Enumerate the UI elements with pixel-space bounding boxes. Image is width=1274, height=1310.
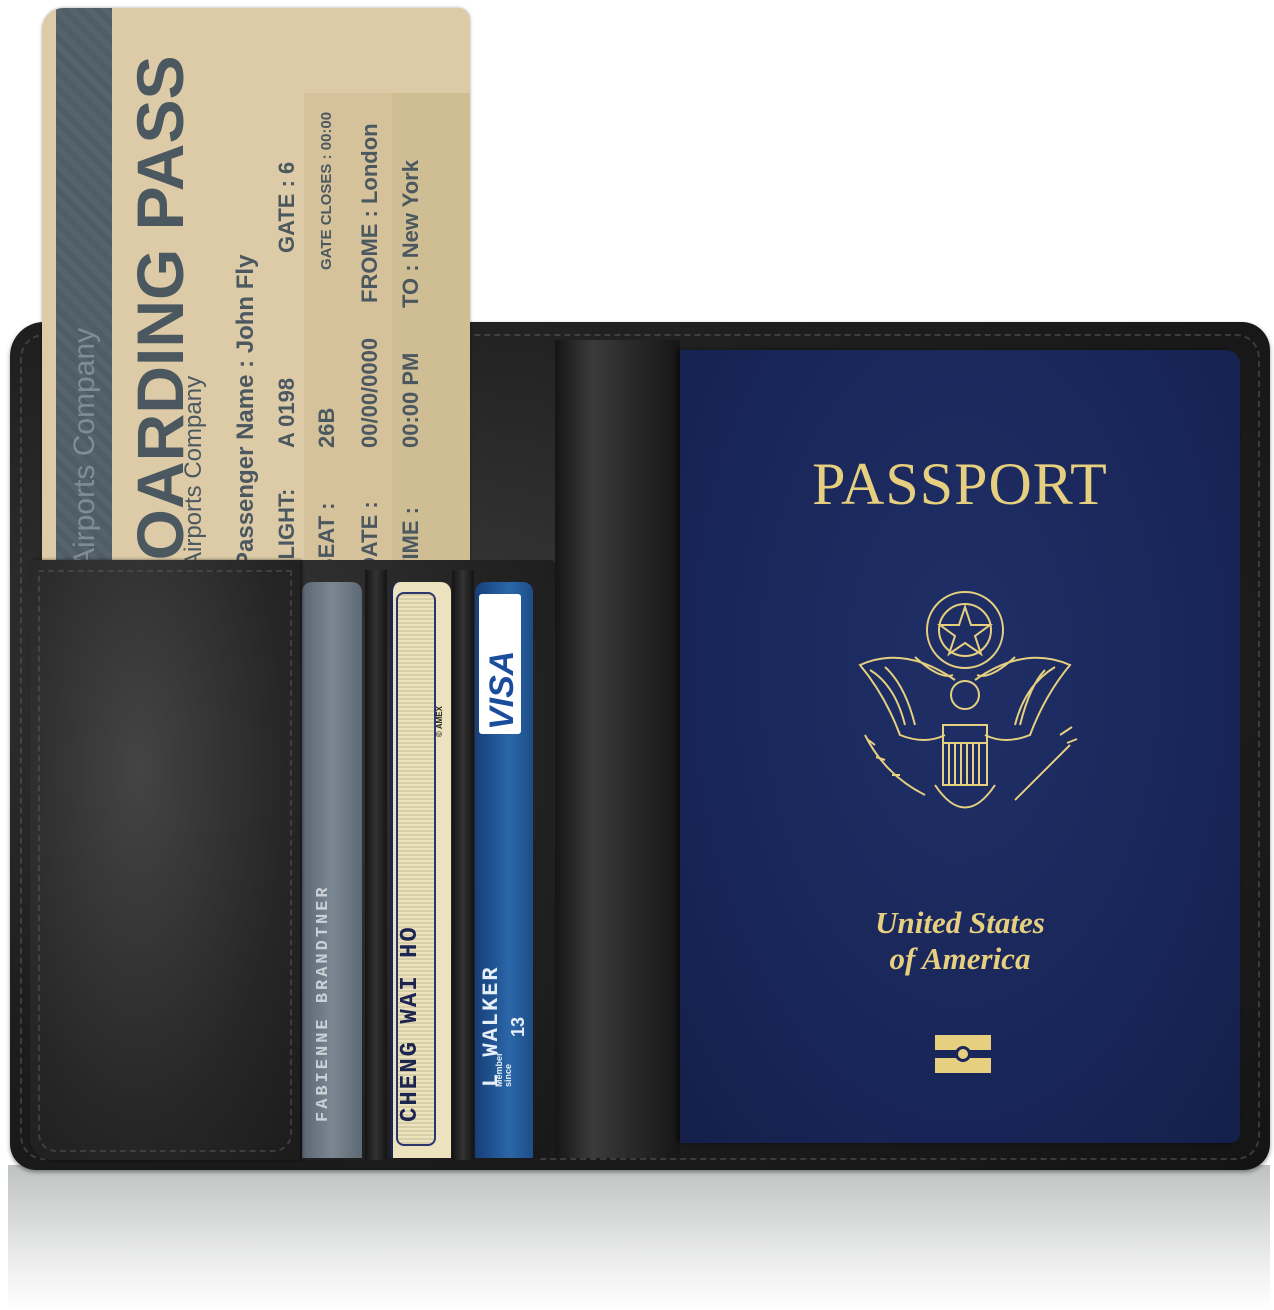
amex-mark: © AMEX [435,706,444,737]
date-label: DATE : [357,501,383,566]
boarding-pass-subtitle: Airports Company [180,376,208,566]
amex-card-name: CHENG WAI HO [397,925,424,1122]
passport-country: United States of America [680,905,1240,977]
visa-member-year: 13 [508,1017,529,1037]
flight-label: FLIGHT: [274,489,300,566]
from-city: FROME : London [357,123,383,303]
biometric-chip-icon [935,1035,991,1073]
time-label: TIME : [398,507,424,566]
flight-value: A 0198 [274,378,300,448]
date-value: 00/00/0000 [357,338,383,448]
stripe-company-text: Airports Company [68,328,102,566]
country-line-2: of America [680,941,1240,977]
seat-value: 26B [314,408,340,448]
visa-logo: VISA [483,651,522,730]
visa-card: VISA L WALKER Member since 13 [475,582,533,1158]
boarding-pass: Airports Company BOARDING PASS Airports … [42,8,470,566]
time-value: 00:00 PM [398,353,424,448]
passport-title: PASSPORT [680,450,1240,519]
passenger-name: Passenger Name : John Fly [232,255,260,566]
gate: GATE : 6 [274,162,300,253]
wallet-spine [555,340,680,1158]
front-pocket-flap [30,560,300,1160]
great-seal-eagle-icon [845,585,1085,835]
amex-card: © AMEX CHENG WAI HO [390,582,451,1158]
gate-closes: GATE CLOSES : 00:00 [318,112,335,270]
surface-reflection [8,1165,1270,1310]
gray-card: FABIENNE BRANDTNER [302,582,362,1158]
slot-divider [365,570,387,1160]
us-passport: PASSPORT United States of America [680,350,1240,1143]
seat-label: SEAT : [314,503,340,566]
pocket-stitching [38,570,292,1152]
slot-divider [452,570,474,1160]
gray-card-name: FABIENNE BRANDTNER [314,884,333,1122]
to-city: TO : New York [398,160,424,308]
country-line-1: United States [680,905,1240,941]
visa-member-label: Member since [495,1057,513,1087]
